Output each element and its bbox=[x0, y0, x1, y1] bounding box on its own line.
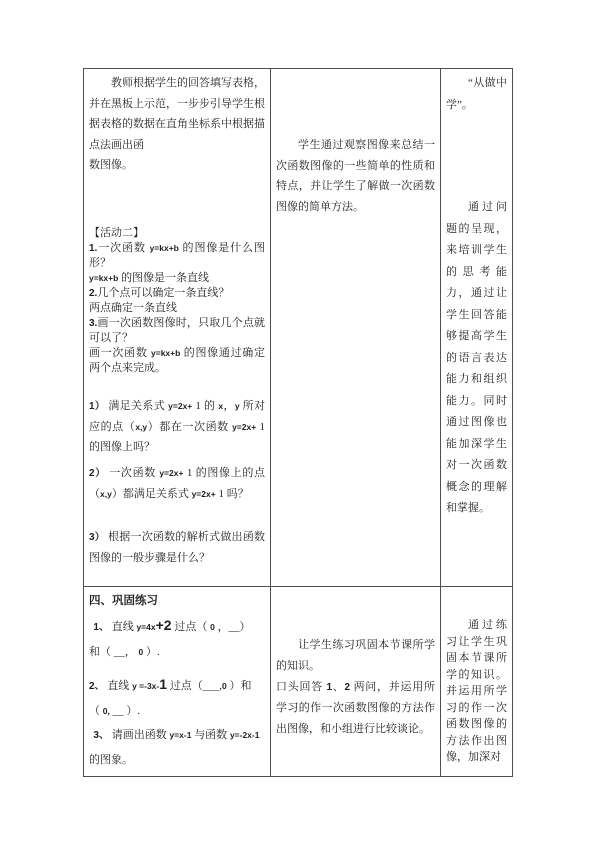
formula-text: y=2x+ bbox=[232, 422, 256, 432]
table-row-1: 教师根据学生的回答填写表格，并在黑板上示范，一步步引导学生根据表格的数据在直角坐… bbox=[84, 69, 513, 587]
formula-text: 2） bbox=[89, 468, 106, 479]
answer-1: y=kx+b 的图像是一条直线 bbox=[89, 271, 265, 286]
text-segment: 1 吗？ bbox=[216, 488, 249, 500]
text-segment: 两点确定一条直线 bbox=[89, 302, 177, 314]
section-title-activity-2: 【活动二】 bbox=[89, 226, 265, 241]
question-3: 3.画一次函数图像时，只取几个点就可以了？ bbox=[89, 316, 265, 346]
formula-text: y=2x+ bbox=[192, 489, 216, 499]
text-segment: 与函数 bbox=[191, 729, 230, 741]
formula-text: +2 bbox=[156, 617, 172, 633]
formula-text: y =-3x- bbox=[132, 681, 159, 691]
text-segment: 教师根据学生的回答填写表格，并在黑板上示范，一步步引导学生根据表格的数据在直角坐… bbox=[89, 77, 265, 151]
paragraph: 通过练习让学生巩固本节课所学的知识。并运用所学习的作一次函数图像的方法作出图像，… bbox=[446, 617, 507, 766]
formula-text: x,y bbox=[135, 422, 147, 432]
formula-text: 2、 bbox=[89, 681, 105, 692]
section-title-consolidation: 四、巩固练习 bbox=[89, 591, 265, 611]
paragraph: “从做中学”。 bbox=[446, 73, 507, 116]
text-segment: ）. bbox=[143, 646, 160, 658]
text-segment: 四、巩固练习 bbox=[89, 595, 158, 607]
text-segment: 直线 bbox=[109, 621, 137, 633]
text-segment: 满足关系式 bbox=[105, 400, 168, 412]
formula-text: x,y bbox=[100, 489, 112, 499]
answer-2: 两点确定一条直线 bbox=[89, 301, 265, 316]
question-1: 1.一次函数 y=kx+b 的图像是什么图形？ bbox=[89, 241, 265, 271]
text-segment: 、 bbox=[332, 681, 344, 693]
text-segment: 口头回答 bbox=[276, 681, 326, 693]
paragraph: 让学生练习巩固本节课所学的知识。 bbox=[276, 635, 435, 677]
cell-teaching-process-row1: 教师根据学生的回答填写表格，并在黑板上示范，一步步引导学生根据表格的数据在直角坐… bbox=[84, 69, 271, 587]
text-segment: 过点（___, bbox=[167, 680, 222, 692]
text-segment: 和（ __， bbox=[89, 646, 139, 658]
text-segment: ）和 bbox=[227, 680, 252, 692]
lesson-plan-table: 教师根据学生的回答填写表格，并在黑板上示范，一步步引导学生根据表格的数据在直角坐… bbox=[83, 68, 513, 777]
text-segment: 让学生练习巩固本节课所学的知识。 bbox=[276, 639, 435, 672]
exercise-3: 3、 请画出函数 y=x-1 与函数 y=-2x-1 bbox=[89, 723, 265, 748]
text-segment: ，__） bbox=[215, 621, 251, 633]
paragraph: 口头回答 1、2 两问，并运用所学习的作一次函数图像的方法作出图像，和小组进行比… bbox=[276, 677, 435, 740]
text-segment: ， bbox=[223, 400, 235, 412]
cell-design-intent-row1: “从做中学”。 通过问题的呈现，来培训学生的思考能力，通过让学生回答能够提高学生… bbox=[441, 69, 513, 587]
formula-text: y=x-1 bbox=[169, 730, 191, 740]
document-page: 教师根据学生的回答填写表格，并在黑板上示范，一步步引导学生根据表格的数据在直角坐… bbox=[0, 0, 595, 842]
paragraph: 学生通过观察图像来总结一次函数图像的一些简单的性质和特点，并让学生了解做一次函数… bbox=[276, 135, 435, 217]
sub-question-1: 1） 满足关系式 y=2x+ 1 的 x，y 所对应的点（x,y）都在一次函数 … bbox=[89, 396, 265, 457]
text-segment: 直线 bbox=[105, 680, 133, 692]
exercise-1-cont: 和（ __， 0 ）. bbox=[89, 640, 265, 664]
paragraph: 数图像。 bbox=[89, 155, 265, 176]
cell-student-activity-row1: 学生通过观察图像来总结一次函数图像的一些简单的性质和特点，并让学生了解做一次函数… bbox=[271, 69, 441, 587]
cell-student-activity-row2: 让学生练习巩固本节课所学的知识。 口头回答 1、2 两问，并运用所学习的作一次函… bbox=[271, 587, 441, 777]
text-segment: 画一次函数 bbox=[89, 347, 151, 359]
text-segment: 根据一次函数的解析式做出函数图像的一般步骤是什么？ bbox=[89, 531, 265, 564]
cell-teaching-process-row2: 四、巩固练习 1、 直线 y=4x+2 过点（ 0 ，__） 和（ __， 0 … bbox=[84, 587, 271, 777]
text-segment: 的图象。 bbox=[89, 754, 133, 766]
text-segment: 几个点可以确定一条直线？ bbox=[97, 287, 229, 299]
paragraph: 通过问题的呈现，来培训学生的思考能力，通过让学生回答能够提高学生的语言表达能力和… bbox=[446, 197, 507, 520]
text-segment: （ bbox=[89, 705, 103, 717]
text-segment: ）都在一次函数 bbox=[147, 421, 232, 433]
formula-text: 3、 bbox=[93, 730, 109, 741]
answer-3: 画一次函数 y=kx+b 的图像通过确定两个点来完成。 bbox=[89, 346, 265, 376]
exercise-1: 1、 直线 y=4x+2 过点（ 0 ，__） bbox=[89, 613, 265, 640]
formula-text: y=kx+b bbox=[89, 273, 118, 283]
text-segment: 1 的 bbox=[192, 400, 218, 412]
question-2: 2.几个点可以确定一条直线？ bbox=[89, 286, 265, 301]
formula-text: y=kx+b bbox=[151, 348, 180, 358]
formula-text: y=2x+ bbox=[159, 468, 183, 478]
text-segment: 一次函数 bbox=[106, 467, 159, 479]
text-segment: __ ）. bbox=[110, 705, 140, 717]
table-row-2: 四、巩固练习 1、 直线 y=4x+2 过点（ 0 ，__） 和（ __， 0 … bbox=[84, 587, 513, 777]
exercise-2: 2、 直线 y =-3x-1 过点（___,0 ）和 bbox=[89, 672, 265, 699]
cell-design-intent-row2: 通过练习让学生巩固本节课所学的知识。并运用所学习的作一次函数图像的方法作出图像，… bbox=[441, 587, 513, 777]
formula-text: y=2x+ bbox=[168, 401, 192, 411]
formula-text: 0, bbox=[103, 706, 110, 716]
formula-text: y=kx+b bbox=[150, 243, 179, 253]
text-segment: 画一次函数图像时，只取几个点就可以了？ bbox=[89, 317, 265, 344]
text-segment: “从做中学”。 bbox=[446, 77, 507, 111]
formula-text: 1） bbox=[89, 401, 105, 412]
text-segment: 过点（ bbox=[172, 621, 211, 633]
text-segment: 通过问题的呈现，来培训学生的思考能力，通过让学生回答能够提高学生的语言表达能力和… bbox=[446, 201, 507, 514]
text-segment: 【活动二】 bbox=[89, 227, 144, 239]
formula-text: 3） bbox=[89, 532, 105, 543]
sub-question-3: 3） 根据一次函数的解析式做出函数图像的一般步骤是什么？ bbox=[89, 527, 265, 568]
text-segment: 请画出函数 bbox=[109, 729, 170, 741]
formula-text: y=-2x-1 bbox=[230, 730, 260, 740]
text-segment: ）都满足关系式 bbox=[112, 488, 192, 500]
formula-text: y=4x bbox=[136, 622, 155, 632]
exercise-2-cont: （ 0, __ ）. bbox=[89, 699, 265, 723]
text-segment: 的图像是一条直线 bbox=[118, 272, 209, 284]
text-segment: 一次函数 bbox=[97, 242, 149, 254]
text-segment: 学生通过观察图像来总结一次函数图像的一些简单的性质和特点，并让学生了解做一次函数… bbox=[276, 139, 435, 213]
text-segment: 数图像。 bbox=[89, 159, 133, 171]
sub-question-2: 2） 一次函数 y=2x+ 1 的图像上的点（x,y）都满足关系式 y=2x+ … bbox=[89, 463, 265, 504]
paragraph: 教师根据学生的回答填写表格，并在黑板上示范，一步步引导学生根据表格的数据在直角坐… bbox=[89, 73, 265, 155]
text-segment: 通过练习让学生巩固本节课所学的知识。并运用所学习的作一次函数图像的方法作出图像，… bbox=[446, 619, 507, 763]
formula-text: 1 bbox=[159, 676, 167, 692]
formula-text: 1、 bbox=[93, 622, 109, 633]
exercise-3-cont: 的图象。 bbox=[89, 748, 265, 772]
